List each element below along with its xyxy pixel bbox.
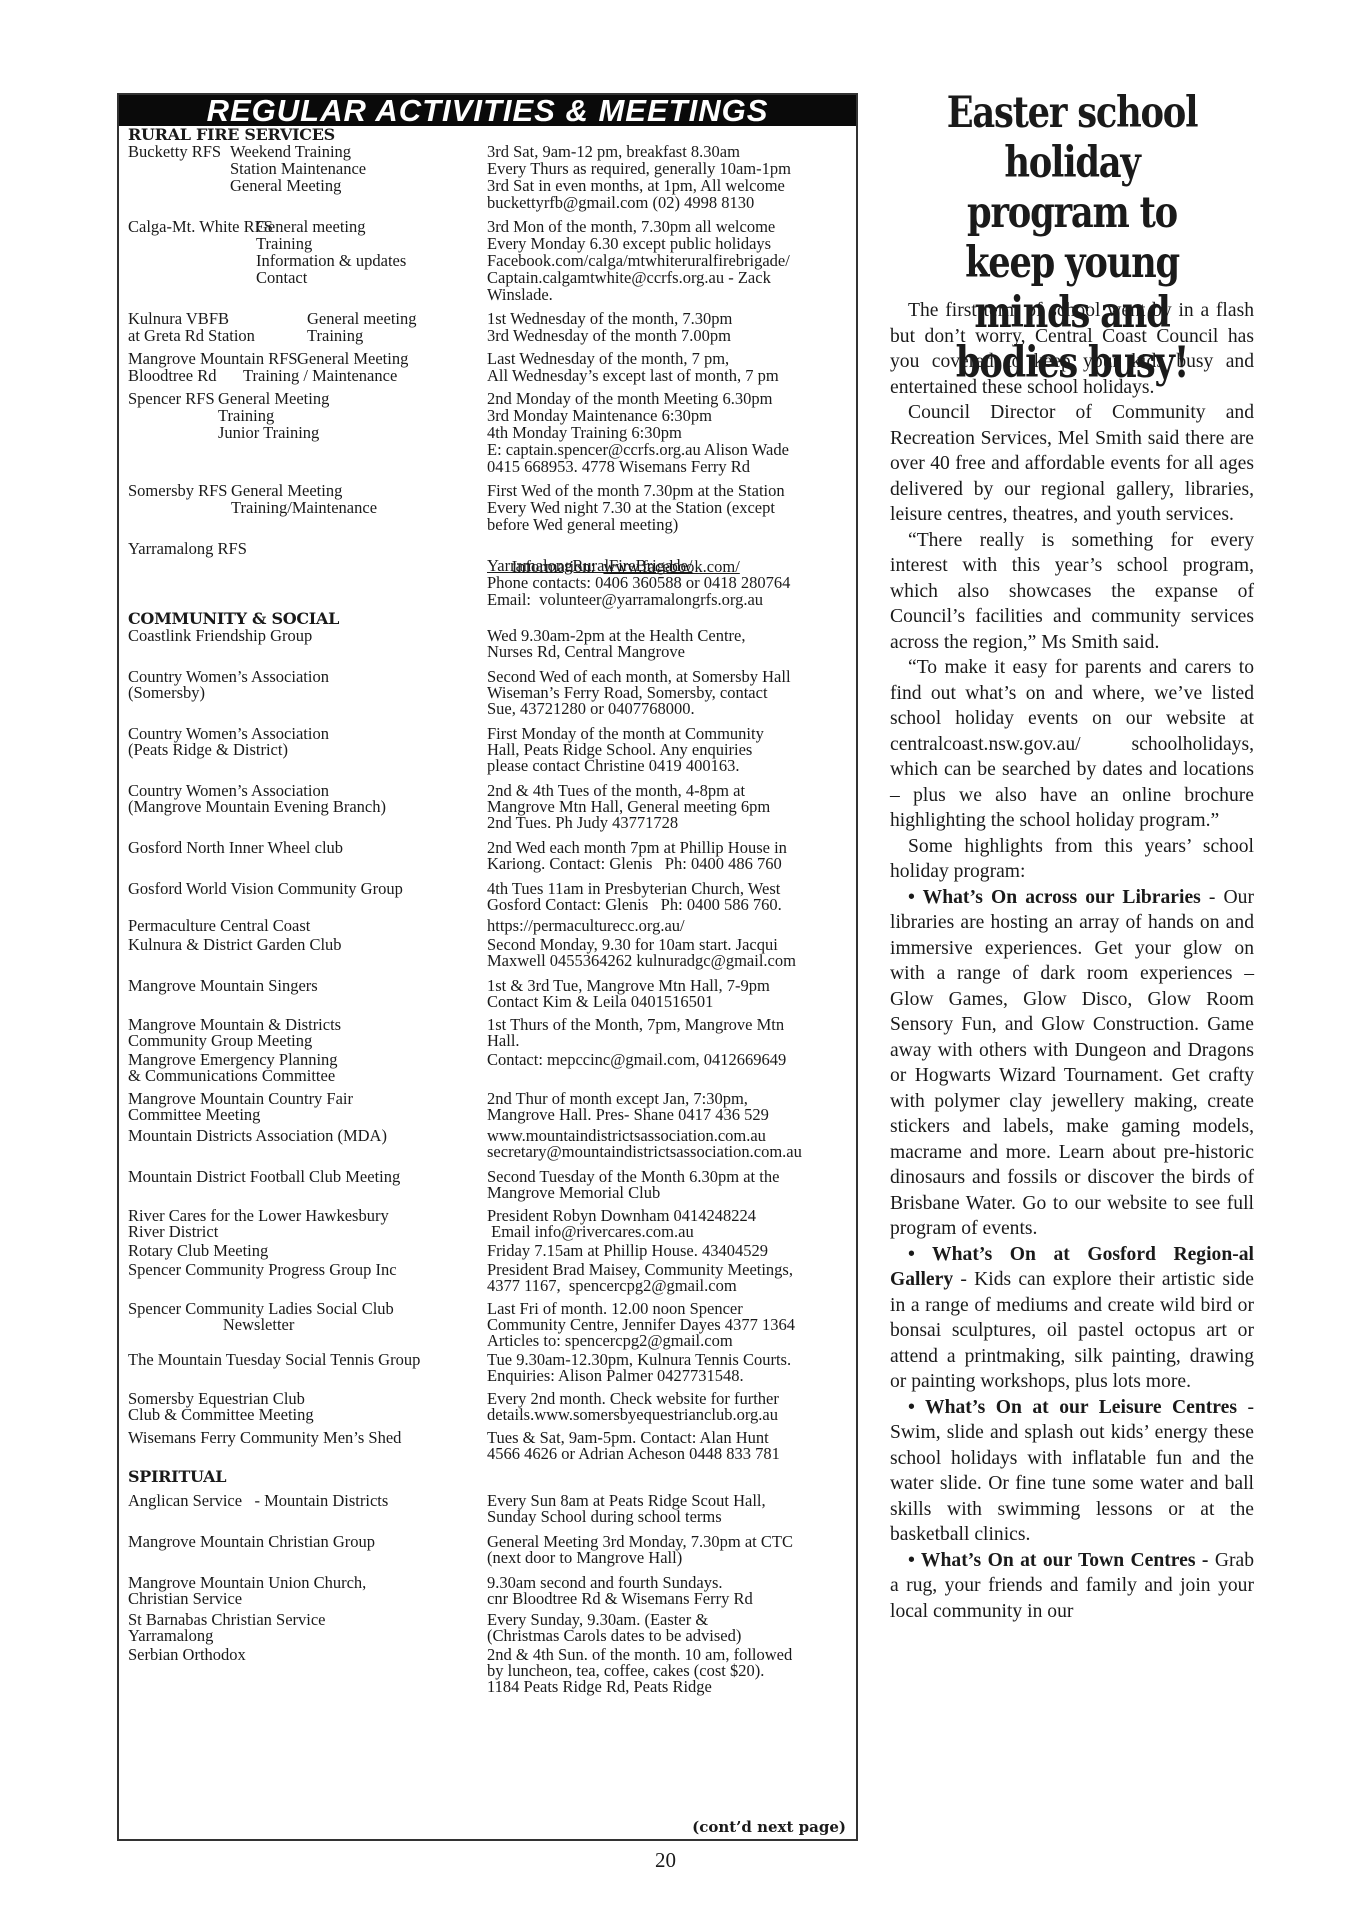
highlight-leisure-centres: • What’s On at our Leisure Centres - Swi…	[890, 1395, 1254, 1548]
listing-detail: Gosford Contact: Glenis Ph: 0400 586 760…	[487, 896, 782, 914]
listing-item: Rotary Club MeetingFriday 7.15am at Phil…	[119, 1242, 856, 1259]
listing-name: at Greta Rd Station	[128, 327, 255, 345]
listing-detail: 2nd Tues. Ph Judy 43771728	[487, 814, 678, 832]
listing-item: Mangrove Mountain Union Church,Christian…	[119, 1574, 856, 1607]
listing-name: Bucketty RFS	[128, 143, 221, 161]
listing-detail: Maxwell 0455364262 kulnuradgc@gmail.com	[487, 952, 796, 970]
highlight-title: • What’s On at our Leisure Centres	[908, 1397, 1237, 1418]
listing-activity: General Meeting	[231, 482, 342, 500]
listing-detail: Contact: mepccinc@gmail.com, 0412669649	[487, 1051, 786, 1069]
listing-name: Mangrove Mountain Singers	[128, 977, 318, 995]
listing-activity: Junior Training	[218, 424, 319, 442]
listing-detail: Last Wednesday of the month, 7 pm,	[487, 350, 729, 368]
listing-item: Coastlink Friendship GroupWed 9.30am-2pm…	[119, 627, 856, 660]
listing-name: The Mountain Tuesday Social Tennis Group	[128, 1351, 420, 1369]
listing-activity: General Meeting	[218, 390, 329, 408]
facebook-link-continued[interactable]: YarramalongRuralFireBrigade/	[487, 557, 692, 575]
listing-somersby-rfs: Somersby RFS General Meeting Training/Ma…	[119, 482, 856, 536]
listing-name: Serbian Orthodox	[128, 1646, 246, 1664]
section-rural-fire-services: RURAL FIRE SERVICES	[119, 126, 856, 143]
listing-item: Serbian Orthodox2nd & 4th Sun. of the mo…	[119, 1646, 856, 1695]
listing-name: Kulnura VBFB	[128, 310, 229, 328]
listing-item: Gosford World Vision Community Group4th …	[119, 880, 856, 913]
listing-detail: 1184 Peats Ridge Rd, Peats Ridge	[487, 1678, 712, 1696]
listing-detail: E: captain.spencer@ccrfs.org.au Alison W…	[487, 441, 789, 459]
listing-item: Country Women’s Association(Somersby)Sec…	[119, 668, 856, 717]
listing-detail: 0415 668953. 4778 Wisemans Ferry Rd	[487, 458, 750, 476]
listing-activity: Weekend Training	[230, 143, 351, 161]
listing-detail: Sue, 43721280 or 0407768000.	[487, 700, 695, 718]
listing-detail: Contact Kim & Leila 0401516501	[487, 993, 713, 1011]
listing-calga-rfs: Calga-Mt. White RFS General meeting Trai…	[119, 218, 856, 308]
listing-item: Country Women’s Association(Peats Ridge …	[119, 725, 856, 774]
highlight-title: • What’s On across our Libraries	[908, 887, 1201, 908]
article-paragraph: “To make it easy for parents and carers …	[890, 655, 1254, 834]
listing-name: & Communications Committee	[128, 1067, 335, 1085]
listing-name: Newsletter	[128, 1316, 294, 1334]
listing-activity: Station Maintenance	[230, 160, 366, 178]
listing-detail: 1st Wednesday of the month, 7.30pm	[487, 310, 732, 328]
listing-name: Rotary Club Meeting	[128, 1242, 268, 1260]
listing-item: Gosford North Inner Wheel club2nd Wed ea…	[119, 839, 856, 872]
listing-detail: Phone contacts: 0406 360588 or 0418 2807…	[487, 574, 790, 592]
listing-name: Gosford World Vision Community Group	[128, 880, 403, 898]
listing-item: Somersby Equestrian ClubClub & Committee…	[119, 1390, 856, 1423]
listing-activity: Contact	[256, 269, 307, 287]
section-community-social: COMMUNITY & SOCIAL	[119, 610, 856, 627]
listing-detail: Enquiries: Alison Palmer 0427731548.	[487, 1367, 744, 1385]
listing-item: Mangrove Mountain & DistrictsCommunity G…	[119, 1016, 856, 1049]
listing-detail: secretary@mountaindistrictsassociation.c…	[487, 1143, 802, 1161]
listing-detail: Captain.calgamtwhite@ccrfs.org.au - Zack	[487, 269, 771, 287]
listing-detail: Articles to: spencercpg2@gmail.com	[487, 1332, 733, 1350]
listing-detail: 3rd Mon of the month, 7.30pm all welcome	[487, 218, 775, 236]
spiritual-list: Anglican Service - Mountain DistrictsEve…	[119, 1492, 856, 1695]
regular-activities-box: REGULAR ACTIVITIES & MEETINGS RURAL FIRE…	[117, 93, 858, 1841]
listing-activity: Training	[307, 327, 363, 345]
listing-name: (Mangrove Mountain Evening Branch)	[128, 798, 386, 816]
listing-mangrove-mountain-rfs: Mangrove Mountain RFS Bloodtree Rd Gener…	[119, 350, 856, 386]
listing-bucketty-rfs: Bucketty RFS Weekend Training Station Ma…	[119, 143, 856, 213]
listing-item: Wisemans Ferry Community Men’s ShedTues …	[119, 1429, 856, 1462]
listing-activity: General Meeting	[230, 177, 341, 195]
listing-activity: General meeting	[256, 218, 366, 236]
listing-item: Mangrove Mountain Christian GroupGeneral…	[119, 1533, 856, 1566]
article-paragraph: Some highlights from this years’ school …	[890, 834, 1254, 885]
listing-name: Mountain Districts Association (MDA)	[128, 1127, 387, 1145]
listing-name: Permaculture Central Coast	[128, 917, 310, 935]
section-spiritual: SPIRITUAL	[119, 1466, 856, 1488]
listing-detail: 4th Monday Training 6:30pm	[487, 424, 682, 442]
listing-item: Mountain District Football Club MeetingS…	[119, 1168, 856, 1201]
listing-detail: (next door to Mangrove Hall)	[487, 1549, 682, 1567]
listing-name: (Somersby)	[128, 684, 205, 702]
listing-activity: Training/Maintenance	[231, 499, 377, 517]
listing-name: Mangrove Mountain RFS	[128, 350, 298, 368]
listing-detail: 3rd Monday Maintenance 6:30pm	[487, 407, 712, 425]
listing-name: Bloodtree Rd	[128, 367, 216, 385]
listing-detail: 3rd Sat in even months, at 1pm, All welc…	[487, 177, 785, 195]
listing-name: Kulnura & District Garden Club	[128, 936, 342, 954]
highlight-title: • What’s On at our Town Centres -	[908, 1550, 1208, 1571]
listing-name: Yarramalong RFS	[128, 540, 247, 558]
listing-name: Community Group Meeting	[128, 1032, 312, 1050]
highlight-gallery: • What’s On at Gosford Region-al Gallery…	[890, 1242, 1254, 1395]
listing-item: Spencer Community Progress Group IncPres…	[119, 1261, 856, 1294]
listing-name: River District	[128, 1223, 218, 1241]
listing-detail: 4377 1167, spencercpg2@gmail.com	[487, 1277, 737, 1295]
listing-detail: Mangrove Hall. Pres- Shane 0417 436 529	[487, 1106, 769, 1124]
page-number: 20	[655, 1848, 676, 1873]
listing-detail: Mangrove Memorial Club	[487, 1184, 660, 1202]
listing-detail: Hall.	[487, 1032, 520, 1050]
listing-item: River Cares for the Lower HawkesburyRive…	[119, 1207, 856, 1240]
listing-item: Spencer Community Ladies Social Club New…	[119, 1300, 856, 1349]
listing-detail: Email info@rivercares.com.au	[487, 1223, 694, 1241]
listing-detail: Winslade.	[487, 286, 553, 304]
highlight-town-centres: • What’s On at our Town Centres - Grab a…	[890, 1548, 1254, 1625]
listing-item: Mangrove Mountain Singers1st & 3rd Tue, …	[119, 977, 856, 1010]
listing-detail: please contact Christine 0419 400163.	[487, 757, 740, 775]
listing-name: Spencer RFS	[128, 390, 215, 408]
listing-activity: Training / Maintenance	[243, 367, 397, 385]
listing-activity: Training	[256, 235, 312, 253]
listing-name: Yarramalong	[128, 1627, 213, 1645]
article-paragraph: “There really is something for every int…	[890, 528, 1254, 656]
listing-detail: 3rd Wednesday of the month 7.00pm	[487, 327, 731, 345]
listing-detail: Facebook.com/calga/mtwhiteruralfirebriga…	[487, 252, 790, 270]
article-paragraph: Council Director of Community and Recrea…	[890, 400, 1254, 528]
listing-detail: details.www.somersbyequestrianclub.org.a…	[487, 1406, 778, 1424]
listing-detail: First Wed of the month 7.30pm at the Sta…	[487, 482, 785, 500]
continued-next-page: (cont’d next page)	[692, 1819, 846, 1837]
listing-name: Christian Service	[128, 1590, 242, 1608]
listing-name: Committee Meeting	[128, 1106, 260, 1124]
community-list: Coastlink Friendship GroupWed 9.30am-2pm…	[119, 627, 856, 1462]
listing-detail: 1st Thurs of the Month, 7pm, Mangrove Mt…	[487, 1016, 784, 1034]
news-article: Easter school holiday program to keep yo…	[890, 88, 1254, 1624]
listing-item: Mountain Districts Association (MDA)www.…	[119, 1127, 856, 1160]
activities-title: REGULAR ACTIVITIES & MEETINGS	[119, 95, 856, 126]
listing-detail: Every Wed night 7.30 at the Station (exc…	[487, 499, 775, 517]
listing-detail: (Christmas Carols dates to be advised)	[487, 1627, 741, 1645]
listing-name: Spencer Community Progress Group Inc	[128, 1261, 397, 1279]
listing-name: Gosford North Inner Wheel club	[128, 839, 343, 857]
listing-detail: Nurses Rd, Central Mangrove	[487, 643, 685, 661]
listing-detail: Kariong. Contact: Glenis Ph: 0400 486 76…	[487, 855, 782, 873]
listing-item: Kulnura & District Garden ClubSecond Mon…	[119, 936, 856, 969]
listing-name: Wisemans Ferry Community Men’s Shed	[128, 1429, 401, 1447]
listing-detail: All Wednesday’s except last of month, 7 …	[487, 367, 779, 385]
listing-name: Club & Committee Meeting	[128, 1406, 314, 1424]
listing-name: Somersby RFS	[128, 482, 227, 500]
highlight-libraries: • What’s On across our Libraries - Our l…	[890, 885, 1254, 1242]
listing-name: Mountain District Football Club Meeting	[128, 1168, 400, 1186]
listing-detail: before Wed general meeting)	[487, 516, 678, 534]
article-body: The first term of school went by in a fl…	[890, 298, 1254, 1624]
listing-detail: Sunday School during school terms	[487, 1508, 722, 1526]
listing-detail: buckettyrfb@gmail.com (02) 4998 8130	[487, 194, 754, 212]
listing-name: Mangrove Mountain Christian Group	[128, 1533, 375, 1551]
listing-item: The Mountain Tuesday Social Tennis Group…	[119, 1351, 856, 1384]
listing-detail: cnr Bloodtree Rd & Wisemans Ferry Rd	[487, 1590, 753, 1608]
listing-kulnura-vbfb: Kulnura VBFB at Greta Rd Station General…	[119, 310, 856, 346]
listing-item: Country Women’s Association(Mangrove Mou…	[119, 782, 856, 831]
listing-name: Calga-Mt. White RFS	[128, 218, 273, 236]
listing-name: Coastlink Friendship Group	[128, 627, 312, 645]
listing-item: St Barnabas Christian ServiceYarramalong…	[119, 1611, 856, 1644]
listing-name: (Peats Ridge & District)	[128, 741, 288, 759]
listing-item: Mangrove Mountain Country FairCommittee …	[119, 1090, 856, 1123]
listing-yarramalong-rfs: Yarramalong RFS Information: www.faceboo…	[119, 540, 856, 612]
listing-activity: General Meeting	[297, 350, 408, 368]
listing-detail: Email: volunteer@yarramalongrfs.org.au	[487, 591, 763, 609]
listing-detail: https://permaculturecc.org.au/	[487, 917, 685, 935]
listing-spencer-rfs: Spencer RFS General Meeting Training Jun…	[119, 390, 856, 478]
listing-activity: Information & updates	[256, 252, 406, 270]
listing-detail: Friday 7.15am at Phillip House. 43404529	[487, 1242, 768, 1260]
listing-detail: 2nd Monday of the month Meeting 6.30pm	[487, 390, 773, 408]
listing-detail: 4566 4626 or Adrian Acheson 0448 833 781	[487, 1445, 780, 1463]
listing-activity: Training	[218, 407, 274, 425]
listing-detail: 3rd Sat, 9am-12 pm, breakfast 8.30am	[487, 143, 740, 161]
listing-activity: General meeting	[307, 310, 417, 328]
listing-detail: Every Monday 6.30 except public holidays	[487, 235, 771, 253]
listing-item: Mangrove Emergency Planning& Communicati…	[119, 1051, 856, 1084]
article-headline: Easter school holiday program to keep yo…	[923, 88, 1221, 288]
listing-item: Permaculture Central Coasthttps://permac…	[119, 917, 856, 934]
listing-detail: Every Thurs as required, generally 10am-…	[487, 160, 791, 178]
listing-name: Anglican Service - Mountain Districts	[128, 1492, 388, 1510]
listing-item: Anglican Service - Mountain DistrictsEve…	[119, 1492, 856, 1525]
